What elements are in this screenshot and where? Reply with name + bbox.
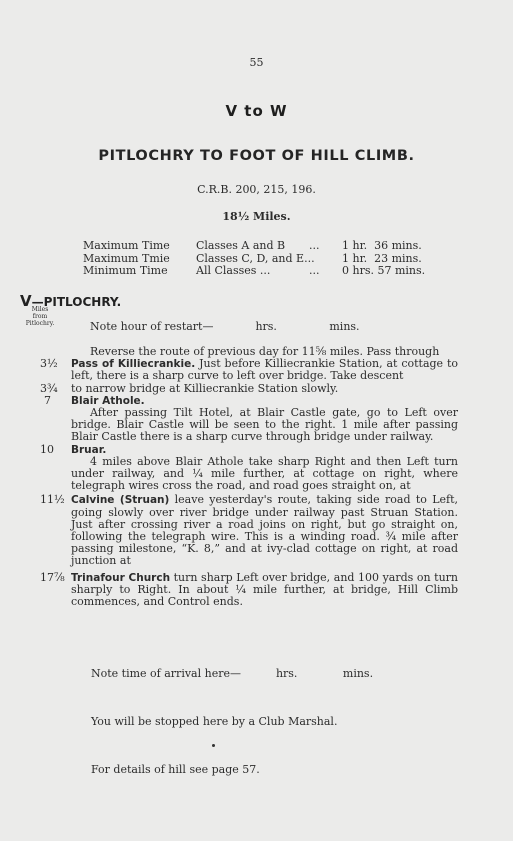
entry-description: After passing Tilt Hotel, at Blair Castl… bbox=[71, 406, 458, 443]
entry-text: After passing Tilt Hotel, at Blair Castl… bbox=[71, 407, 458, 444]
marshal-note: You will be stopped here by a Club Marsh… bbox=[91, 714, 373, 730]
hill-note: For details of hill see page 57. bbox=[91, 762, 373, 778]
entry-distance bbox=[40, 456, 71, 493]
entry-description: to narrow bridge at Killiecrankie Statio… bbox=[71, 382, 338, 395]
route-entry: After passing Tilt Hotel, at Blair Castl… bbox=[40, 407, 458, 444]
entry-distance: 3¾ bbox=[40, 383, 71, 395]
time-label: Maximum Time bbox=[83, 240, 196, 253]
entry-text: to narrow bridge at Killiecrankie Statio… bbox=[71, 383, 458, 395]
time-classes: Classes A and B bbox=[196, 240, 309, 253]
entry-distance: 17⅞ bbox=[40, 572, 71, 609]
time-classes: All Classes ... bbox=[196, 265, 309, 278]
entry-place: Trinafour Church bbox=[71, 572, 170, 584]
miles-from-label: Miles from Pitlochry. bbox=[24, 306, 56, 327]
section-title: V to W bbox=[0, 102, 513, 120]
entry-text: Trinafour Church turn sharp Left over br… bbox=[71, 572, 458, 609]
entry-place: Calvine (Struan) bbox=[71, 494, 169, 506]
time-limits-table: Maximum Time Classes A and B ... 1 hr. 3… bbox=[83, 240, 442, 278]
footer-notes: Note time of arrival here— hrs. mins. Yo… bbox=[91, 634, 373, 794]
route-entry: 3½ Pass of Killiecrankie. Just before Ki… bbox=[40, 358, 458, 382]
restart-note: Note hour of restart— hrs. mins. bbox=[90, 320, 360, 333]
entry-distance: 3½ bbox=[40, 358, 71, 382]
time-value: 0 hrs. 57 mins. bbox=[342, 265, 442, 278]
total-distance: 18½ Miles. bbox=[0, 210, 513, 223]
route-entry: 4 miles above Blair Athole take sharp Ri… bbox=[40, 456, 458, 493]
time-dots: ... bbox=[309, 265, 342, 278]
entry-description: Reverse the route of previous day for 11… bbox=[90, 345, 439, 358]
time-limit-row: Minimum Time All Classes ... ... 0 hrs. … bbox=[83, 265, 442, 278]
entry-description: 4 miles above Blair Athole take sharp Ri… bbox=[71, 455, 458, 492]
route-entry: 11½ Calvine (Struan) leave yesterday's r… bbox=[40, 494, 458, 567]
entry-place: Blair Athole. bbox=[71, 395, 145, 407]
route-entry: 17⅞ Trinafour Church turn sharp Left ove… bbox=[40, 572, 458, 609]
entry-text: Pass of Killiecrankie. Just before Killi… bbox=[71, 358, 458, 382]
entry-text: 4 miles above Blair Athole take sharp Ri… bbox=[71, 456, 458, 493]
entry-place: Pass of Killiecrankie. bbox=[71, 358, 195, 370]
route-instructions: Reverse the route of previous day for 11… bbox=[40, 346, 458, 608]
time-label: Minimum Time bbox=[83, 265, 196, 278]
entry-distance: 7 bbox=[40, 395, 71, 407]
page-number: 55 bbox=[0, 56, 513, 69]
entry-text: Calvine (Struan) leave yesterday's route… bbox=[71, 494, 458, 567]
arrival-note: Note time of arrival here— hrs. mins. bbox=[91, 666, 373, 682]
crb-reference: C.R.B. 200, 215, 196. bbox=[0, 183, 513, 196]
entry-distance: 11½ bbox=[40, 494, 71, 567]
entry-place: Bruar. bbox=[71, 444, 106, 456]
ink-speck bbox=[212, 744, 215, 747]
time-limit-row: Maximum Time Classes A and B ... 1 hr. 3… bbox=[83, 240, 442, 253]
time-value: 1 hr. 36 mins. bbox=[342, 240, 442, 253]
route-title: PITLOCHRY TO FOOT OF HILL CLIMB. bbox=[0, 148, 513, 164]
time-dots: ... bbox=[309, 240, 342, 253]
route-entry: 3¾ to narrow bridge at Killiecrankie Sta… bbox=[40, 383, 458, 395]
entry-distance: 10 bbox=[40, 444, 71, 456]
entry-distance bbox=[40, 407, 71, 444]
